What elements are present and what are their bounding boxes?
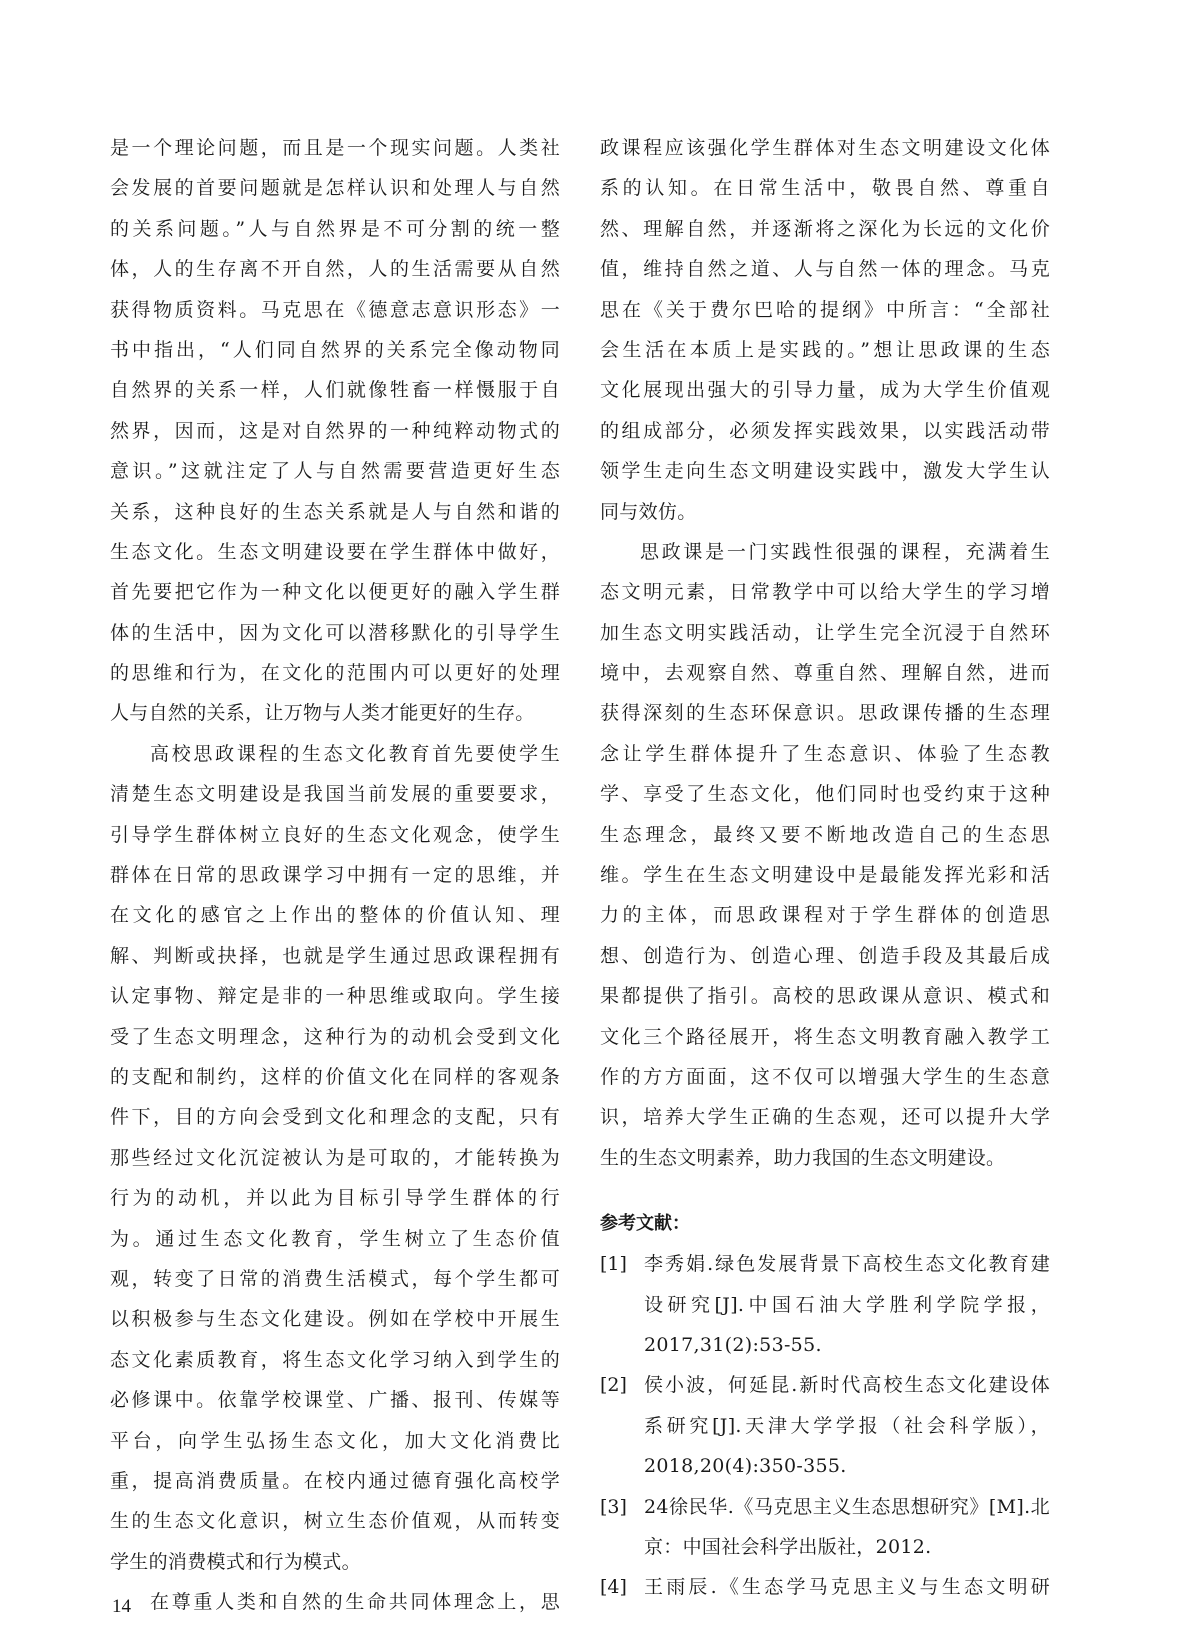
text-line: 会生活在本质上是实践的。”想让思政课的生态 [600,330,1050,370]
text-line: 的组成部分，必须发挥实践效果，以实践活动带 [600,411,1050,451]
text-line: 识，培养大学生正确的生态观，还可以提升大学 [600,1097,1050,1137]
text-line: 会发展的首要问题就是怎样认识和处理人与自然 [110,168,560,208]
reference-line: 王雨辰.《生态学马克思主义与生态文明研 [644,1567,1050,1607]
text-line: 受了生态文明理念，这种行为的动机会受到文化 [110,1017,560,1057]
reference-number: [3] [600,1487,644,1527]
references-heading: 参考文献： [600,1204,1050,1244]
text-line: 引导学生群体树立良好的生态文化观念，使学生 [110,815,560,855]
paragraph-start: 思政课是一门实践性很强的课程，充满着生 [600,532,1050,572]
text-line: 自然界的关系一样，人们就像牲畜一样慑服于自 [110,370,560,410]
text-line: 重，提高消费质量。在校内通过德育强化高校学 [110,1461,560,1501]
text-line: 态文明元素，日常教学中可以给大学生的学习增 [600,572,1050,612]
text-line: 生态理念，最终又要不断地改造自己的生态思 [600,815,1050,855]
reference-body: 24徐民华.《马克思主义生态思想研究》[M].北 京：中国社会科学出版社，201… [644,1487,1050,1568]
section-spacer [600,1178,1050,1204]
reference-item: [4] 王雨辰.《生态学马克思主义与生态文明研 [600,1567,1050,1607]
text-line: 获得物质资料。马克思在《德意志意识形态》一 [110,290,560,330]
reference-number: [1] [600,1244,644,1284]
reference-line: 24徐民华.《马克思主义生态思想研究》[M].北 [644,1487,1050,1527]
text-line: 系的认知。在日常生活中，敬畏自然、尊重自 [600,168,1050,208]
reference-line: 2017,31(2):53-55. [644,1325,1050,1365]
text-line: 生的生态文化意识，树立生态价值观，从而转变 [110,1501,560,1541]
text-line: 认定事物、辩定是非的一种思维或取向。学生接 [110,976,560,1016]
text-line: 学、享受了生态文化，他们同时也受约束于这种 [600,774,1050,814]
text-line: 件下，目的方向会受到文化和理念的支配，只有 [110,1097,560,1137]
text-line: 解、判断或抉择，也就是学生通过思政课程拥有 [110,936,560,976]
reference-number: [2] [600,1365,644,1405]
text-line: 维。学生在生态文明建设中是最能发挥光彩和活 [600,855,1050,895]
text-line: 文化展现出强大的引导力量，成为大学生价值观 [600,370,1050,410]
text-line: 生的生态文明素养，助力我国的生态文明建设。 [600,1138,1050,1178]
text-line: 行为的动机，并以此为目标引导学生群体的行 [110,1178,560,1218]
text-line: 值，维持自然之道、人与自然一体的理念。马克 [600,249,1050,289]
text-line: 人与自然的关系，让万物与人类才能更好的生存。 [110,693,560,733]
reference-body: 王雨辰.《生态学马克思主义与生态文明研 [644,1567,1050,1607]
text-line: 思在《关于费尔巴哈的提纲》中所言：“全部社 [600,290,1050,330]
left-column: 是一个理论问题，而且是一个现实问题。人类社 会发展的首要问题就是怎样认识和处理人… [110,128,560,1622]
text-line: 境中，去观察自然、尊重自然、理解自然，进而 [600,653,1050,693]
text-line: 必修课中。依靠学校课堂、广播、报刊、传媒等 [110,1380,560,1420]
text-line: 那些经过文化沉淀被认为是可取的，才能转换为 [110,1138,560,1178]
text-line: 想、创造行为、创造心理、创造手段及其最后成 [600,936,1050,976]
text-line: 的支配和制约，这样的价值文化在同样的客观条 [110,1057,560,1097]
text-line: 文化三个路径展开，将生态文明教育融入教学工 [600,1017,1050,1057]
reference-line: 李秀娟.绿色发展背景下高校生态文化教育建 [644,1244,1050,1284]
text-line: 加生态文明实践活动，让学生完全沉浸于自然环 [600,613,1050,653]
text-line: 力的主体，而思政课程对于学生群体的创造思 [600,895,1050,935]
text-line: 平台，向学生弘扬生态文化，加大文化消费比 [110,1421,560,1461]
text-line: 领学生走向生态文明建设实践中，激发大学生认 [600,451,1050,491]
text-line: 以积极参与生态文化建设。例如在学校中开展生 [110,1299,560,1339]
text-line: 学生的消费模式和行为模式。 [110,1542,560,1582]
reference-item: [2] 侯小波，何延昆.新时代高校生态文化建设体 系研究[J].天津大学学报（社… [600,1365,1050,1486]
text-line: 同与效仿。 [600,492,1050,532]
reference-line: 京：中国社会科学出版社，2012. [644,1527,1050,1567]
reference-line: 设研究[J].中国石油大学胜利学院学报， [644,1285,1050,1325]
text-line: 关系，这种良好的生态关系就是人与自然和谐的 [110,492,560,532]
page-number: 14 [112,1596,131,1618]
text-line: 政课程应该强化学生群体对生态文明建设文化体 [600,128,1050,168]
reference-number: [4] [600,1567,644,1607]
text-line: 首先要把它作为一种文化以便更好的融入学生群 [110,572,560,612]
text-line: 作的方方面面，这不仅可以增强大学生的生态意 [600,1057,1050,1097]
reference-body: 侯小波，何延昆.新时代高校生态文化建设体 系研究[J].天津大学学报（社会科学版… [644,1365,1050,1486]
text-line: 获得深刻的生态环保意识。思政课传播的生态理 [600,693,1050,733]
paragraph-start: 高校思政课程的生态文化教育首先要使学生 [110,734,560,774]
reference-line: 系研究[J].天津大学学报（社会科学版）， [644,1406,1050,1446]
text-line: 果都提供了指引。高校的思政课从意识、模式和 [600,976,1050,1016]
text-line: 态文化素质教育，将生态文化学习纳入到学生的 [110,1340,560,1380]
text-line: 念让学生群体提升了生态意识、体验了生态教 [600,734,1050,774]
reference-line: 2018,20(4):350-355. [644,1446,1050,1486]
text-line: 生态文化。生态文明建设要在学生群体中做好， [110,532,560,572]
text-line: 体，人的生存离不开自然，人的生活需要从自然 [110,249,560,289]
text-line: 书中指出，“人们同自然界的关系完全像动物同 [110,330,560,370]
right-column: 政课程应该强化学生群体对生态文明建设文化体 系的认知。在日常生活中，敬畏自然、尊… [600,128,1050,1608]
text-line: 然、理解自然，并逐渐将之深化为长远的文化价 [600,209,1050,249]
text-line: 清楚生态文明建设是我国当前发展的重要要求， [110,774,560,814]
paragraph-start: 在尊重人类和自然的生命共同体理念上，思 [110,1582,560,1622]
text-line: 是一个理论问题，而且是一个现实问题。人类社 [110,128,560,168]
reference-item: [3] 24徐民华.《马克思主义生态思想研究》[M].北 京：中国社会科学出版社… [600,1487,1050,1568]
reference-body: 李秀娟.绿色发展背景下高校生态文化教育建 设研究[J].中国石油大学胜利学院学报… [644,1244,1050,1365]
text-line: 体的生活中，因为文化可以潜移默化的引导学生 [110,613,560,653]
text-line: 的关系问题。”人与自然界是不可分割的统一整 [110,209,560,249]
text-line: 群体在日常的思政课学习中拥有一定的思维，并 [110,855,560,895]
text-line: 观，转变了日常的消费生活模式，每个学生都可 [110,1259,560,1299]
reference-item: [1] 李秀娟.绿色发展背景下高校生态文化教育建 设研究[J].中国石油大学胜利… [600,1244,1050,1365]
text-line: 为。通过生态文化教育，学生树立了生态价值 [110,1219,560,1259]
text-line: 在文化的感官之上作出的整体的价值认知、理 [110,895,560,935]
text-line: 意识。”这就注定了人与自然需要营造更好生态 [110,451,560,491]
reference-line: 侯小波，何延昆.新时代高校生态文化建设体 [644,1365,1050,1405]
text-line: 然界，因而，这是对自然界的一种纯粹动物式的 [110,411,560,451]
text-line: 的思维和行为，在文化的范围内可以更好的处理 [110,653,560,693]
